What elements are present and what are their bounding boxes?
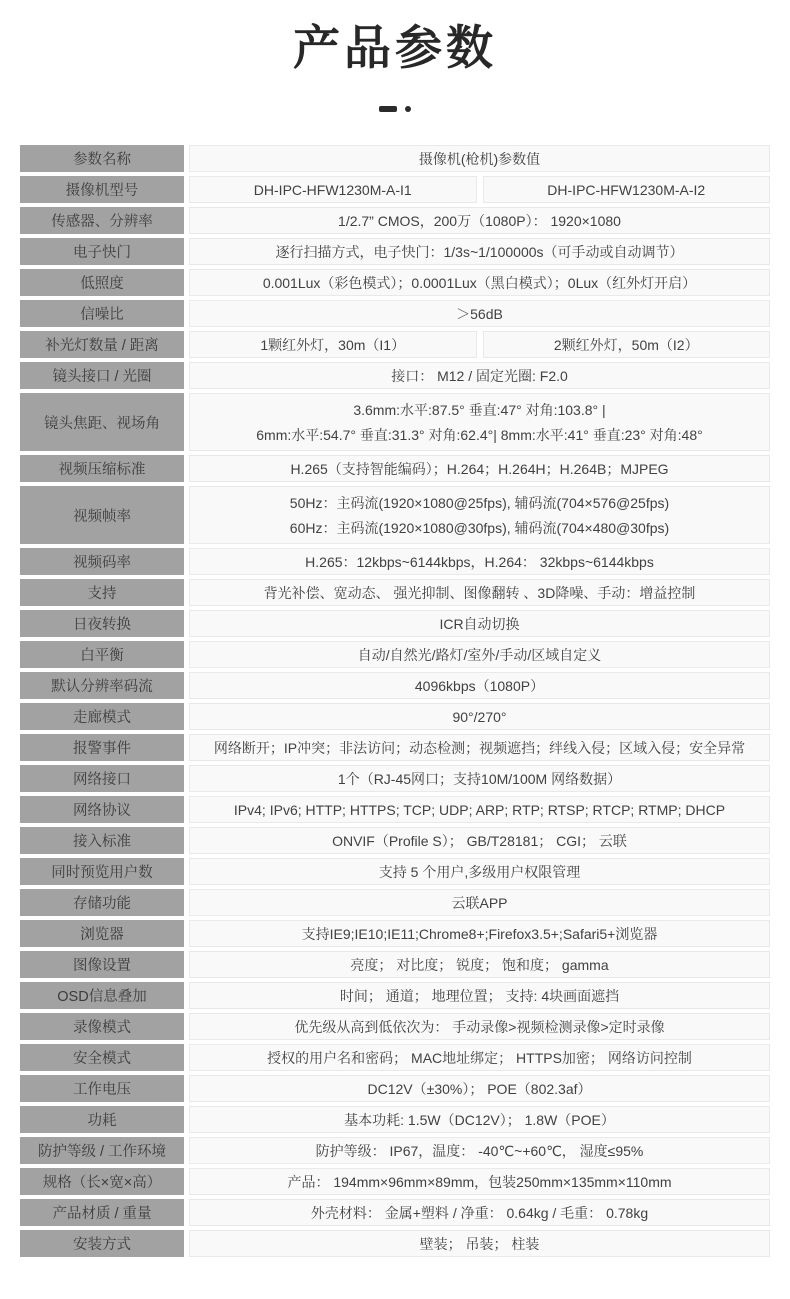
param-values: 优先级从高到低依次为： 手动录像>视频检测录像>定时录像 (189, 1013, 770, 1040)
param-values: 支持 5 个用户,多级用户权限管理 (189, 858, 770, 885)
param-name-cell: 同时预览用户数 (20, 858, 184, 885)
param-values: 外壳材料： 金属+塑料 / 净重： 0.64kg / 毛重： 0.78kg (189, 1199, 770, 1226)
param-values: DC12V（±30%）； POE（802.3af） (189, 1075, 770, 1102)
param-value-cell: IPv4; IPv6; HTTP; HTTPS; TCP; UDP; ARP; … (189, 796, 770, 823)
param-value-line: 3.6mm:水平:87.5° 垂直:47° 对角:103.8° | (353, 400, 605, 420)
table-row: 补光灯数量 / 距离1颗红外灯，30m（I1）2颗红外灯，50m（I2） (20, 331, 770, 358)
param-values: 授权的用户名和密码； MAC地址绑定； HTTPS加密； 网络访问控制 (189, 1044, 770, 1071)
param-value-cell: 支持IE9;IE10;IE11;Chrome8+;Firefox3.5+;Saf… (189, 920, 770, 947)
param-value-cell: 时间； 通道； 地理位置； 支持: 4块画面遮挡 (189, 982, 770, 1009)
param-name-cell: 补光灯数量 / 距离 (20, 331, 184, 358)
table-row: 默认分辨率码流4096kbps（1080P） (20, 672, 770, 699)
param-name-cell: 录像模式 (20, 1013, 184, 1040)
param-name-cell: 低照度 (20, 269, 184, 296)
param-name-cell: 视频压缩标准 (20, 455, 184, 482)
table-row: 低照度0.001Lux（彩色模式）；0.0001Lux（黑白模式）；0Lux（红… (20, 269, 770, 296)
param-value-cell: 3.6mm:水平:87.5° 垂直:47° 对角:103.8° |6mm:水平:… (189, 393, 770, 451)
param-values: 4096kbps（1080P） (189, 672, 770, 699)
table-row: 存储功能云联APP (20, 889, 770, 916)
param-values: 1个（RJ-45网口；支持10M/100M 网络数据） (189, 765, 770, 792)
param-value-cell: DH-IPC-HFW1230M-A-I1 (189, 176, 477, 203)
table-row: 白平衡自动/自然光/路灯/室外/手动/区域自定义 (20, 641, 770, 668)
table-row: OSD信息叠加时间； 通道； 地理位置； 支持: 4块画面遮挡 (20, 982, 770, 1009)
table-row: 安装方式壁装； 吊装； 柱装 (20, 1230, 770, 1257)
param-name-cell: 参数名称 (20, 145, 184, 172)
param-values: ICR自动切换 (189, 610, 770, 637)
param-value-cell: 基本功耗: 1.5W（DC12V）； 1.8W（POE） (189, 1106, 770, 1133)
param-value-line: 60Hz：主码流(1920×1080@30fps), 辅码流(704×480@3… (290, 518, 669, 538)
param-name-cell: 接入标准 (20, 827, 184, 854)
param-values: 网络断开；IP冲突；非法访问；动态检测；视频遮挡；绊线入侵；区域入侵；安全异常 (189, 734, 770, 761)
param-value-cell: 90°/270° (189, 703, 770, 730)
param-values: DH-IPC-HFW1230M-A-I1DH-IPC-HFW1230M-A-I2 (189, 176, 770, 203)
param-values: 50Hz：主码流(1920×1080@25fps), 辅码流(704×576@2… (189, 486, 770, 544)
param-name-cell: 防护等级 / 工作环境 (20, 1137, 184, 1164)
param-value-cell: ONVIF（Profile S）； GB/T28181； CGI； 云联 (189, 827, 770, 854)
param-name-cell: 走廊模式 (20, 703, 184, 730)
param-name-cell: 功耗 (20, 1106, 184, 1133)
param-value-cell: 产品： 194mm×96mm×89mm，包装250mm×135mm×110mm (189, 1168, 770, 1195)
param-name-cell: 图像设置 (20, 951, 184, 978)
param-name-cell: 镜头焦距、视场角 (20, 393, 184, 451)
table-row: 规格（长×宽×高）产品： 194mm×96mm×89mm，包装250mm×135… (20, 1168, 770, 1195)
param-values: H.265：12kbps~6144kbps，H.264： 32kbps~6144… (189, 548, 770, 575)
table-row: 工作电压DC12V（±30%）； POE（802.3af） (20, 1075, 770, 1102)
param-value-line: 6mm:水平:54.7° 垂直:31.3° 对角:62.4°| 8mm:水平:4… (256, 425, 702, 445)
param-value-cell: 外壳材料： 金属+塑料 / 净重： 0.64kg / 毛重： 0.78kg (189, 1199, 770, 1226)
param-name-cell: 网络协议 (20, 796, 184, 823)
page-title: 产品参数 (0, 0, 790, 75)
param-value-cell: 优先级从高到低依次为： 手动录像>视频检测录像>定时录像 (189, 1013, 770, 1040)
param-name-cell: 传感器、分辨率 (20, 207, 184, 234)
param-name-cell: 摄像机型号 (20, 176, 184, 203)
param-name-cell: 工作电压 (20, 1075, 184, 1102)
table-row: 同时预览用户数支持 5 个用户,多级用户权限管理 (20, 858, 770, 885)
param-value-cell: 授权的用户名和密码； MAC地址绑定； HTTPS加密； 网络访问控制 (189, 1044, 770, 1071)
table-row: 支持背光补偿、宽动态、 强光抑制、图像翻转 、3D降噪、手动：增益控制 (20, 579, 770, 606)
param-values: 摄像机(枪机)参数值 (189, 145, 770, 172)
param-value-cell: DH-IPC-HFW1230M-A-I2 (483, 176, 771, 203)
param-value-cell: 逐行扫描方式，电子快门：1/3s~1/100000s（可手动或自动调节） (189, 238, 770, 265)
param-value-cell: 自动/自然光/路灯/室外/手动/区域自定义 (189, 641, 770, 668)
param-name-cell: OSD信息叠加 (20, 982, 184, 1009)
table-row: 传感器、分辨率1/2.7” CMOS，200万（1080P）： 1920×108… (20, 207, 770, 234)
divider-dot-icon (405, 106, 411, 112)
param-values: 0.001Lux（彩色模式）；0.0001Lux（黑白模式）；0Lux（红外灯开… (189, 269, 770, 296)
param-value-cell: 网络断开；IP冲突；非法访问；动态检测；视频遮挡；绊线入侵；区域入侵；安全异常 (189, 734, 770, 761)
table-row: 镜头焦距、视场角3.6mm:水平:87.5° 垂直:47° 对角:103.8° … (20, 393, 770, 451)
table-row: 防护等级 / 工作环境防护等级： IP67，温度： -40℃~+60℃， 湿度≤… (20, 1137, 770, 1164)
table-row: 网络接口1个（RJ-45网口；支持10M/100M 网络数据） (20, 765, 770, 792)
param-name-cell: 镜头接口 / 光圈 (20, 362, 184, 389)
param-values: 防护等级： IP67，温度： -40℃~+60℃， 湿度≤95% (189, 1137, 770, 1164)
param-value-cell: 50Hz：主码流(1920×1080@25fps), 辅码流(704×576@2… (189, 486, 770, 544)
table-row: 图像设置亮度； 对比度； 锐度； 饱和度； gamma (20, 951, 770, 978)
param-value-cell: 1颗红外灯，30m（I1） (189, 331, 477, 358)
table-row: 浏览器支持IE9;IE10;IE11;Chrome8+;Firefox3.5+;… (20, 920, 770, 947)
param-name-cell: 视频码率 (20, 548, 184, 575)
param-values: 支持IE9;IE10;IE11;Chrome8+;Firefox3.5+;Saf… (189, 920, 770, 947)
param-value-cell: 4096kbps（1080P） (189, 672, 770, 699)
param-value-cell: 支持 5 个用户,多级用户权限管理 (189, 858, 770, 885)
param-name-cell: 安装方式 (20, 1230, 184, 1257)
param-value-cell: 壁装； 吊装； 柱装 (189, 1230, 770, 1257)
table-row: 视频码率H.265：12kbps~6144kbps，H.264： 32kbps~… (20, 548, 770, 575)
param-values: 基本功耗: 1.5W（DC12V）； 1.8W（POE） (189, 1106, 770, 1133)
table-row: 视频压缩标准H.265（支持智能编码）；H.264；H.264H；H.264B；… (20, 455, 770, 482)
param-values: 时间； 通道； 地理位置； 支持: 4块画面遮挡 (189, 982, 770, 1009)
param-value-cell: 摄像机(枪机)参数值 (189, 145, 770, 172)
param-values: 背光补偿、宽动态、 强光抑制、图像翻转 、3D降噪、手动：增益控制 (189, 579, 770, 606)
param-table: 参数名称摄像机(枪机)参数值摄像机型号DH-IPC-HFW1230M-A-I1D… (20, 145, 770, 1257)
param-value-cell: 防护等级： IP67，温度： -40℃~+60℃， 湿度≤95% (189, 1137, 770, 1164)
table-row: 产品材质 / 重量外壳材料： 金属+塑料 / 净重： 0.64kg / 毛重： … (20, 1199, 770, 1226)
param-values: ONVIF（Profile S）； GB/T28181； CGI； 云联 (189, 827, 770, 854)
table-header-row: 参数名称摄像机(枪机)参数值 (20, 145, 770, 172)
param-values: IPv4; IPv6; HTTP; HTTPS; TCP; UDP; ARP; … (189, 796, 770, 823)
param-name-cell: 安全模式 (20, 1044, 184, 1071)
param-value-cell: 亮度； 对比度； 锐度； 饱和度； gamma (189, 951, 770, 978)
param-value-cell: DC12V（±30%）； POE（802.3af） (189, 1075, 770, 1102)
table-row: 安全模式授权的用户名和密码； MAC地址绑定； HTTPS加密； 网络访问控制 (20, 1044, 770, 1071)
param-name-cell: 日夜转换 (20, 610, 184, 637)
param-name-cell: 默认分辨率码流 (20, 672, 184, 699)
param-name-cell: 网络接口 (20, 765, 184, 792)
param-name-cell: 规格（长×宽×高） (20, 1168, 184, 1195)
table-row: 网络协议IPv4; IPv6; HTTP; HTTPS; TCP; UDP; A… (20, 796, 770, 823)
param-values: 接口： M12 / 固定光圈: F2.0 (189, 362, 770, 389)
param-name-cell: 存储功能 (20, 889, 184, 916)
param-value-cell: 背光补偿、宽动态、 强光抑制、图像翻转 、3D降噪、手动：增益控制 (189, 579, 770, 606)
param-name-cell: 信噪比 (20, 300, 184, 327)
param-value-cell: 1/2.7” CMOS，200万（1080P）： 1920×1080 (189, 207, 770, 234)
table-row: 功耗基本功耗: 1.5W（DC12V）； 1.8W（POE） (20, 1106, 770, 1133)
param-value-line: 50Hz：主码流(1920×1080@25fps), 辅码流(704×576@2… (290, 493, 669, 513)
param-name-cell: 浏览器 (20, 920, 184, 947)
param-name-cell: 产品材质 / 重量 (20, 1199, 184, 1226)
param-values: 云联APP (189, 889, 770, 916)
param-values: 1/2.7” CMOS，200万（1080P）： 1920×1080 (189, 207, 770, 234)
table-row: 信噪比＞56dB (20, 300, 770, 327)
param-value-cell: 0.001Lux（彩色模式）；0.0001Lux（黑白模式）；0Lux（红外灯开… (189, 269, 770, 296)
table-row: 接入标准ONVIF（Profile S）； GB/T28181； CGI； 云联 (20, 827, 770, 854)
param-values: 逐行扫描方式，电子快门：1/3s~1/100000s（可手动或自动调节） (189, 238, 770, 265)
title-divider (0, 105, 790, 113)
param-values: 1颗红外灯，30m（I1）2颗红外灯，50m（I2） (189, 331, 770, 358)
table-row: 视频帧率50Hz：主码流(1920×1080@25fps), 辅码流(704×5… (20, 486, 770, 544)
param-name-cell: 报警事件 (20, 734, 184, 761)
param-value-cell: 接口： M12 / 固定光圈: F2.0 (189, 362, 770, 389)
table-row: 日夜转换ICR自动切换 (20, 610, 770, 637)
table-row: 走廊模式90°/270° (20, 703, 770, 730)
param-value-cell: ICR自动切换 (189, 610, 770, 637)
table-row: 电子快门逐行扫描方式，电子快门：1/3s~1/100000s（可手动或自动调节） (20, 238, 770, 265)
param-values: 90°/270° (189, 703, 770, 730)
param-values: ＞56dB (189, 300, 770, 327)
divider-dash-icon (379, 106, 397, 112)
param-values: 产品： 194mm×96mm×89mm，包装250mm×135mm×110mm (189, 1168, 770, 1195)
table-row: 录像模式优先级从高到低依次为： 手动录像>视频检测录像>定时录像 (20, 1013, 770, 1040)
param-value-cell: 云联APP (189, 889, 770, 916)
param-values: 亮度； 对比度； 锐度； 饱和度； gamma (189, 951, 770, 978)
param-value-cell: ＞56dB (189, 300, 770, 327)
param-values: 壁装； 吊装； 柱装 (189, 1230, 770, 1257)
table-row: 镜头接口 / 光圈接口： M12 / 固定光圈: F2.0 (20, 362, 770, 389)
param-name-cell: 视频帧率 (20, 486, 184, 544)
table-row: 报警事件网络断开；IP冲突；非法访问；动态检测；视频遮挡；绊线入侵；区域入侵；安… (20, 734, 770, 761)
param-name-cell: 电子快门 (20, 238, 184, 265)
param-values: H.265（支持智能编码）；H.264；H.264H；H.264B；MJPEG (189, 455, 770, 482)
param-value-cell: H.265：12kbps~6144kbps，H.264： 32kbps~6144… (189, 548, 770, 575)
param-values: 3.6mm:水平:87.5° 垂直:47° 对角:103.8° |6mm:水平:… (189, 393, 770, 451)
param-name-cell: 白平衡 (20, 641, 184, 668)
param-value-cell: H.265（支持智能编码）；H.264；H.264H；H.264B；MJPEG (189, 455, 770, 482)
param-value-cell: 1个（RJ-45网口；支持10M/100M 网络数据） (189, 765, 770, 792)
table-row: 摄像机型号DH-IPC-HFW1230M-A-I1DH-IPC-HFW1230M… (20, 176, 770, 203)
param-name-cell: 支持 (20, 579, 184, 606)
param-values: 自动/自然光/路灯/室外/手动/区域自定义 (189, 641, 770, 668)
param-value-cell: 2颗红外灯，50m（I2） (483, 331, 771, 358)
